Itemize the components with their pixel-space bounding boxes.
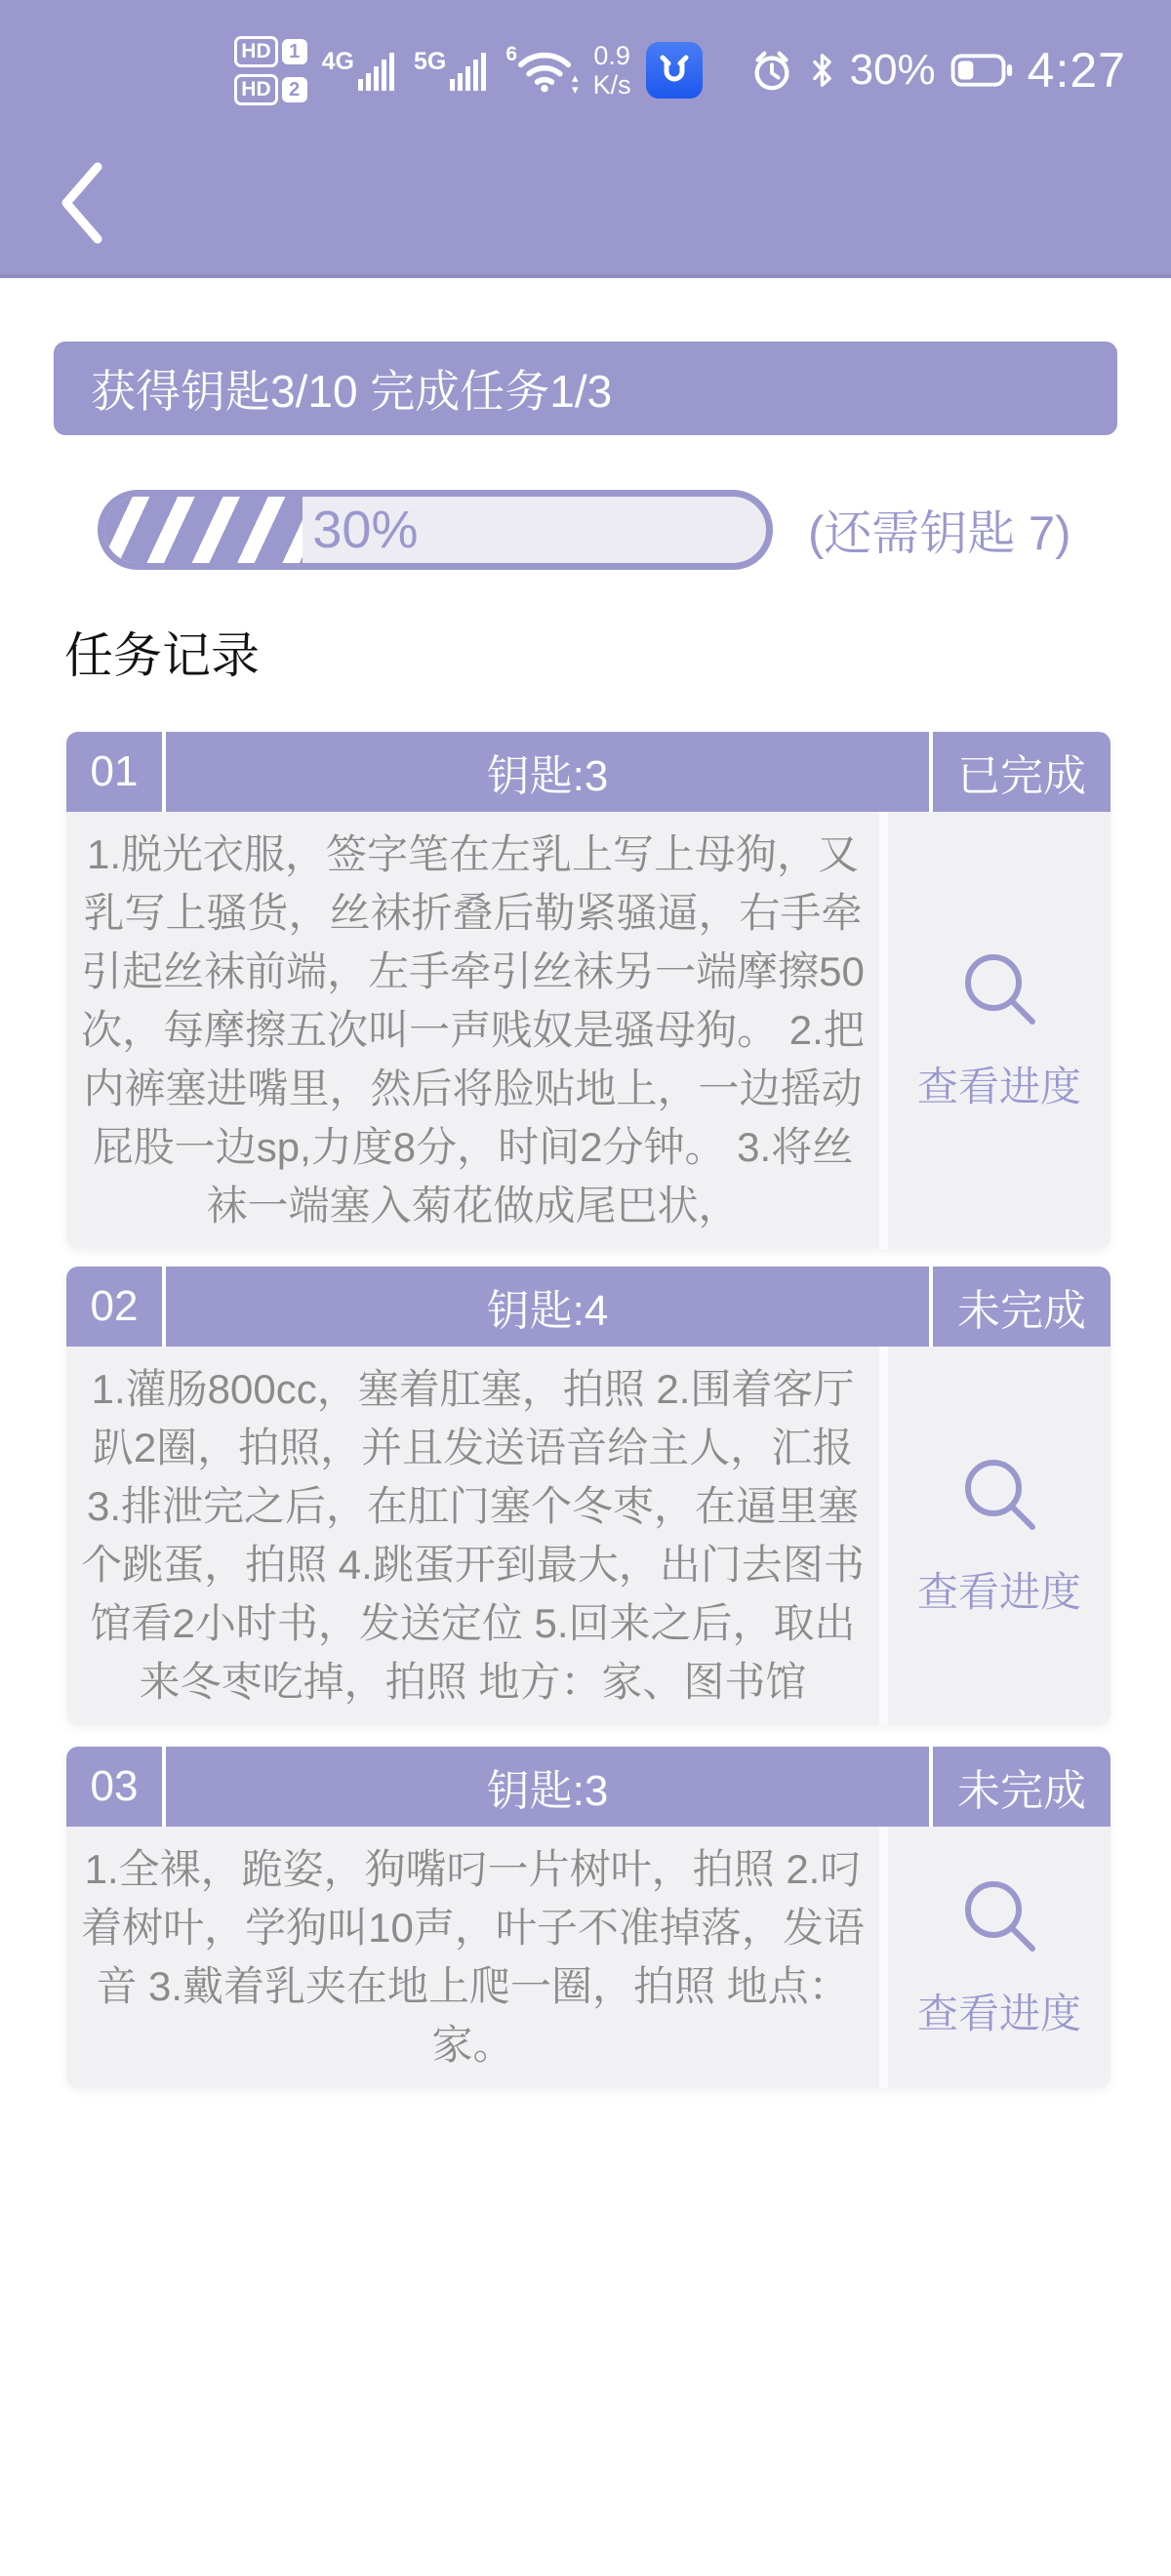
task-description: 1.脱光衣服，签字笔在左乳上写上母狗，又乳写上骚货，丝袜折叠后勒紧骚逼，右手牵引…: [66, 812, 879, 1249]
view-progress-button[interactable]: 查看进度: [888, 812, 1110, 1249]
net-5g-label: 5G: [414, 50, 446, 74]
back-button[interactable]: [47, 154, 115, 252]
volte-hd-icons: HD 1 HD 2: [234, 36, 306, 105]
summary-title: 获得钥匙3/10 完成任务1/3: [91, 356, 612, 421]
task-card: 01 钥匙:3 已完成 1.脱光衣服，签字笔在左乳上写上母狗，又乳写上骚货，丝袜…: [66, 732, 1110, 1249]
app-bar: HD 1 HD 2 4G 5G: [0, 0, 1171, 278]
task-index: 01: [66, 732, 166, 812]
task-card-body: 1.全裸，跪姿，狗嘴叼一片树叶，拍照 2.叼着树叶，学狗叫10声，叶子不准掉落，…: [66, 1827, 1110, 2088]
progress-bar: 30%: [98, 490, 773, 570]
task-description: 1.灌肠800cc，塞着肛塞，拍照 2.围着客厅趴2圈，拍照，并且发送语音给主人…: [66, 1347, 879, 1725]
battery-icon: [950, 50, 1013, 91]
task-card-header: 01 钥匙:3 已完成: [66, 732, 1110, 812]
task-keys: 钥匙:3: [166, 1747, 933, 1827]
view-progress-button[interactable]: 查看进度: [888, 1827, 1110, 2088]
signal-bars-icon: [358, 50, 399, 91]
back-chevron-icon: [57, 161, 105, 245]
keys-remaining-label: (还需钥匙 7): [808, 496, 1071, 564]
progress-fill: [104, 497, 303, 563]
divider: [879, 812, 888, 1249]
progress-percent-label: 30%: [312, 500, 418, 560]
screen: HD 1 HD 2 4G 5G: [0, 0, 1171, 2576]
task-keys: 钥匙:4: [166, 1267, 933, 1347]
status-bar: HD 1 HD 2 4G 5G: [234, 25, 1126, 115]
task-keys: 钥匙:3: [166, 732, 933, 812]
magnifier-icon: [958, 1874, 1040, 1956]
divider: [879, 1347, 888, 1725]
task-card-header: 03 钥匙:3 未完成: [66, 1747, 1110, 1827]
task-status-badge: 已完成: [933, 732, 1110, 812]
view-progress-label: 查看进度: [917, 1560, 1081, 1619]
sim1-badge: 1: [282, 39, 307, 64]
signal-4g: 4G: [322, 50, 399, 91]
task-status-badge: 未完成: [933, 1267, 1110, 1347]
status-time: 4:27: [1028, 42, 1126, 99]
wifi-traffic-arrows-icon: ▴▾: [572, 72, 579, 96]
task-index: 02: [66, 1267, 166, 1347]
task-status-badge: 未完成: [933, 1747, 1110, 1827]
magnifier-icon: [958, 947, 1040, 1029]
view-progress-button[interactable]: 查看进度: [888, 1347, 1110, 1725]
task-card: 02 钥匙:4 未完成 1.灌肠800cc，塞着肛塞，拍照 2.围着客厅趴2圈，…: [66, 1267, 1110, 1725]
task-card-body: 1.脱光衣服，签字笔在左乳上写上母狗，又乳写上骚货，丝袜折叠后勒紧骚逼，右手牵引…: [66, 812, 1110, 1249]
magnifier-icon: [958, 1453, 1040, 1535]
hd1-icon: HD: [234, 36, 277, 67]
task-card-body: 1.灌肠800cc，塞着肛塞，拍照 2.围着客厅趴2圈，拍照，并且发送语音给主人…: [66, 1347, 1110, 1725]
battery-percent: 30%: [850, 46, 936, 95]
notification-app-icon: [646, 42, 703, 99]
task-card: 03 钥匙:3 未完成 1.全裸，跪姿，狗嘴叼一片树叶，拍照 2.叼着树叶，学狗…: [66, 1747, 1110, 2088]
speed-unit: K/s: [593, 70, 631, 100]
view-progress-label: 查看进度: [917, 1055, 1081, 1113]
alarm-icon: [749, 47, 794, 94]
signal-bars-icon: [450, 50, 491, 91]
progress-row: 30% (还需钥匙 7): [98, 490, 1071, 570]
summary-title-bar: 获得钥匙3/10 完成任务1/3: [54, 342, 1117, 435]
wifi6-label: 6: [505, 45, 517, 64]
speed-value: 0.9: [593, 41, 631, 70]
bluetooth-icon: [809, 47, 835, 94]
task-description: 1.全裸，跪姿，狗嘴叼一片树叶，拍照 2.叼着树叶，学狗叫10声，叶子不准掉落，…: [66, 1827, 879, 2088]
section-title: 任务记录: [64, 617, 260, 687]
hd2-icon: HD: [234, 74, 277, 105]
wifi-arcs-icon: [517, 45, 572, 94]
net-4g-label: 4G: [322, 50, 354, 74]
task-card-header: 02 钥匙:4 未完成: [66, 1267, 1110, 1347]
ox-head-icon: [655, 51, 694, 90]
sim2-badge: 2: [282, 77, 307, 102]
view-progress-label: 查看进度: [917, 1982, 1081, 2040]
network-speed: 0.9 K/s: [593, 41, 631, 100]
divider: [879, 1827, 888, 2088]
signal-5g: 5G: [414, 50, 491, 91]
wifi-icon: 6 ▴▾: [505, 45, 578, 96]
task-index: 03: [66, 1747, 166, 1827]
